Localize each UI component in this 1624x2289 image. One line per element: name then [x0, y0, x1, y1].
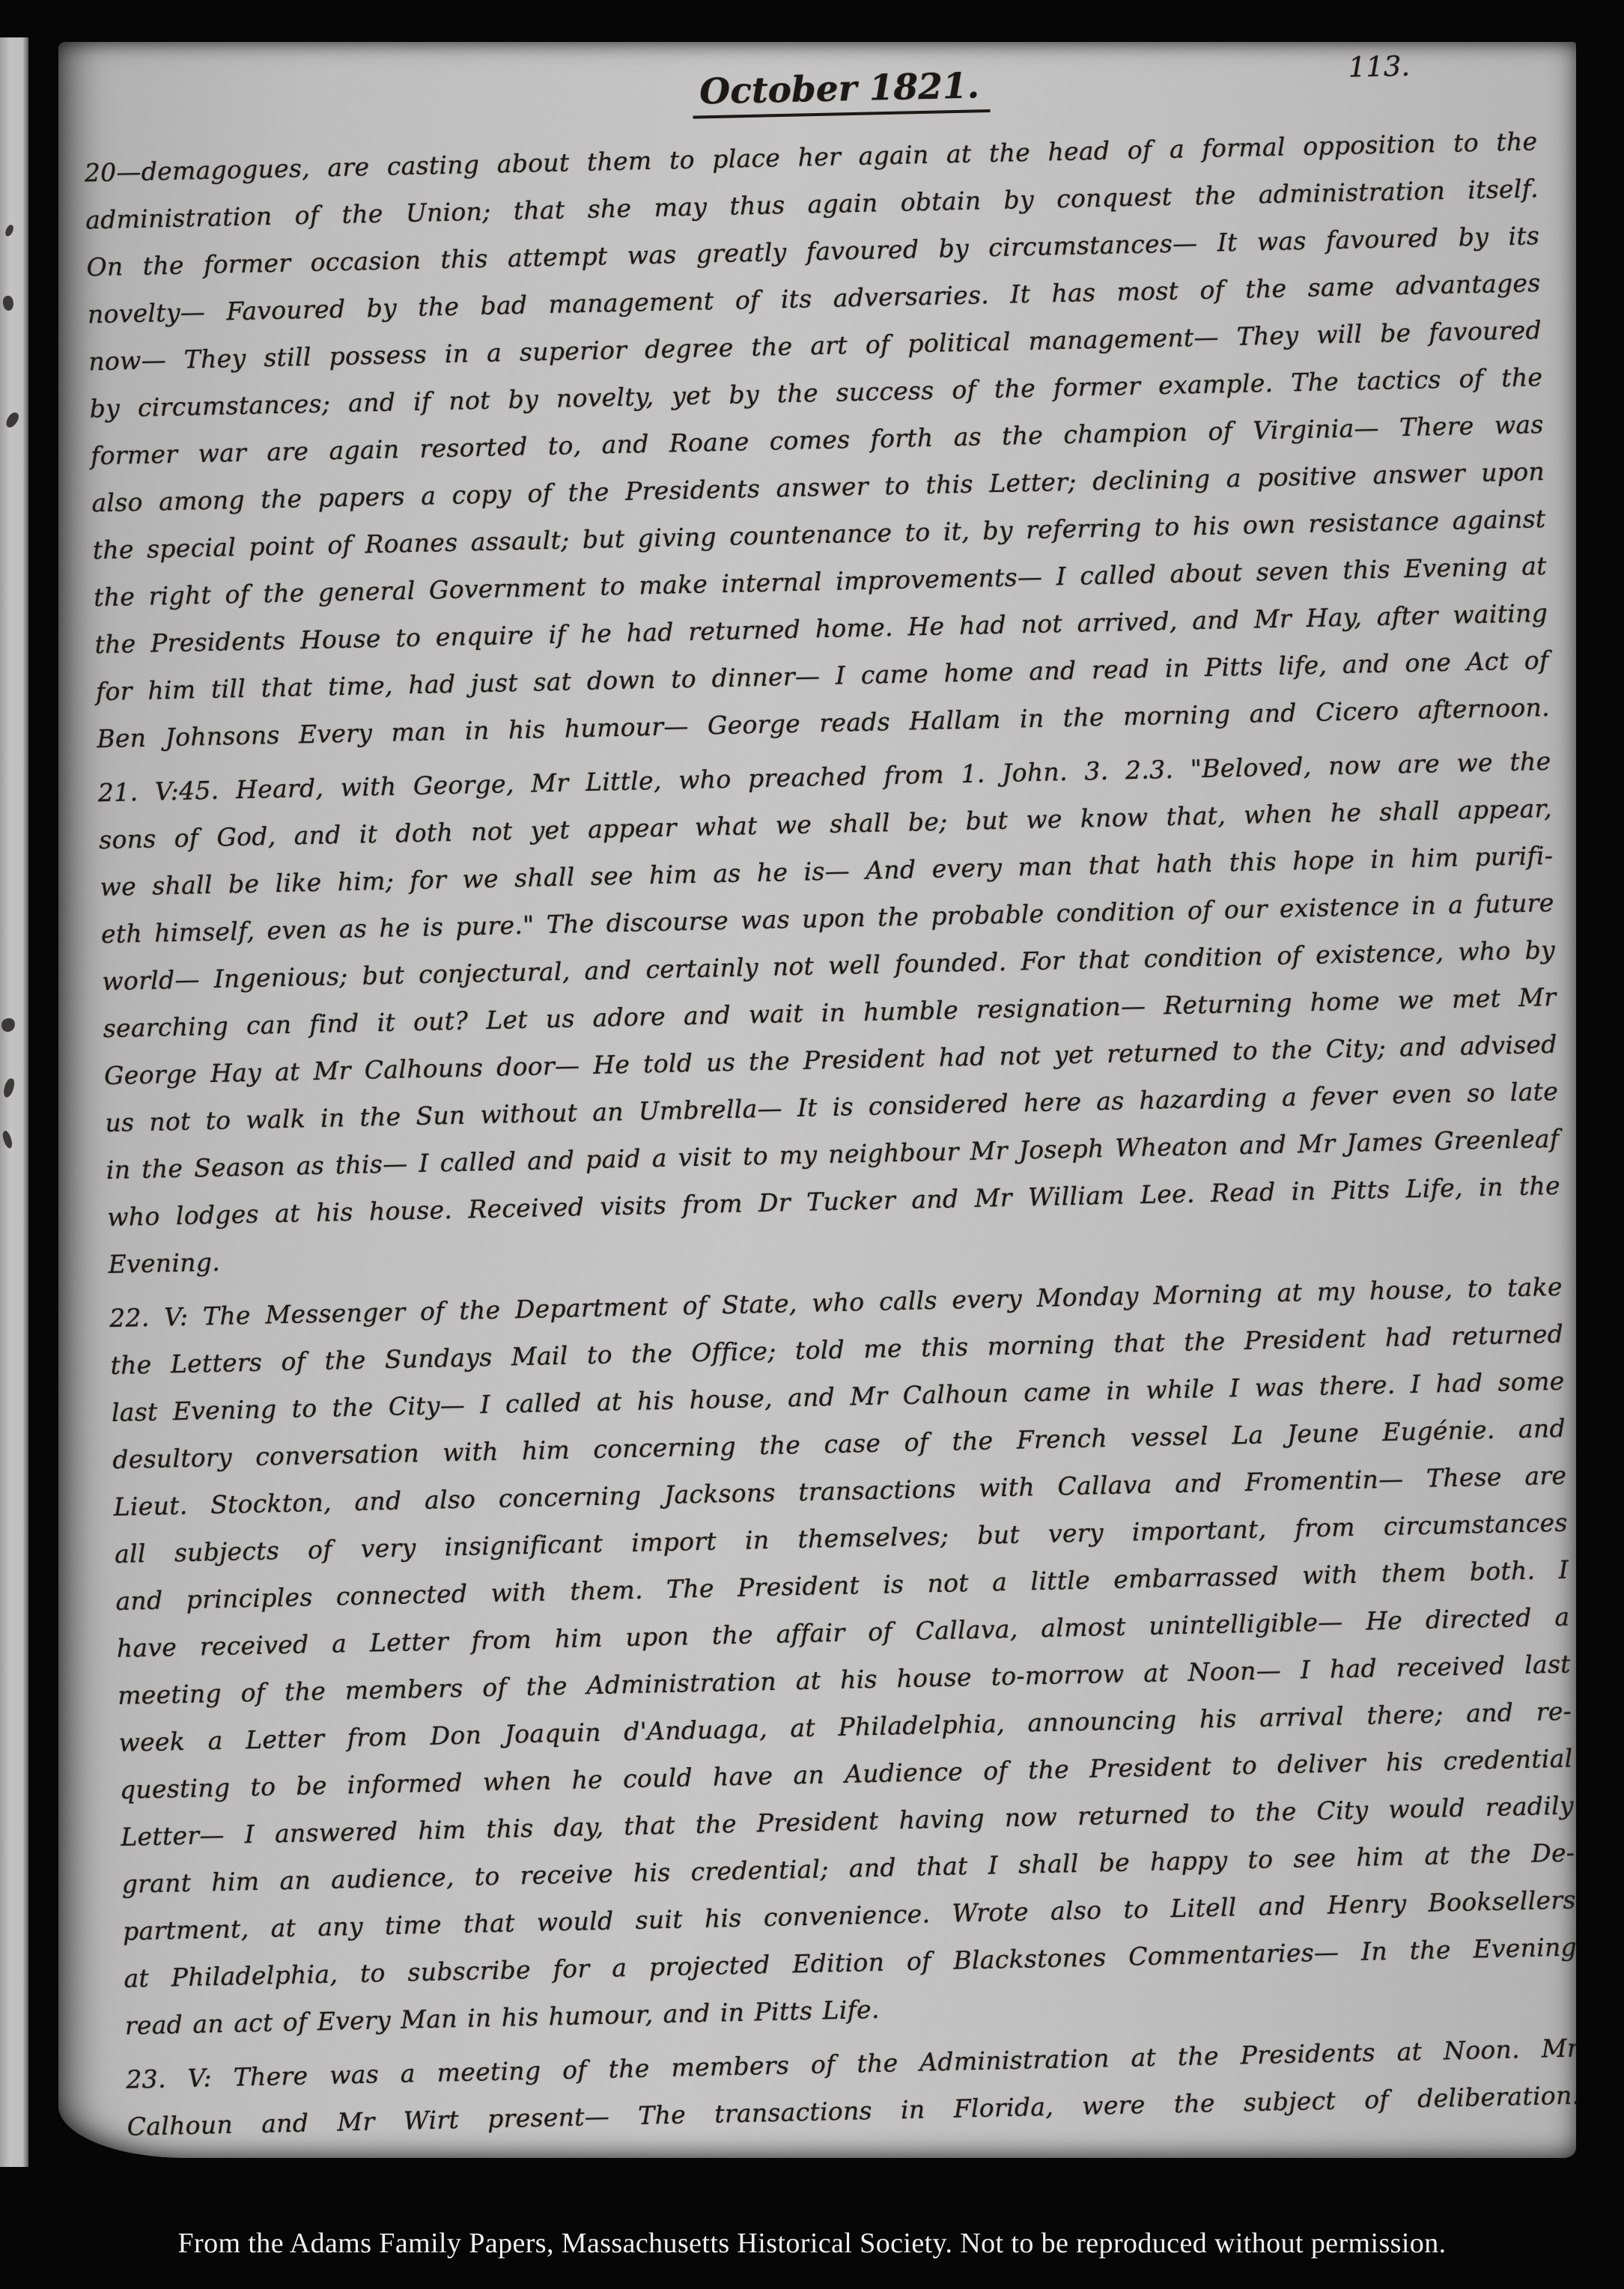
diary-entry-october-20: 20—demagogues, are casting about them to… — [84, 118, 1550, 762]
ink-fragment — [1, 1130, 14, 1149]
page-number: 113. — [1348, 50, 1410, 84]
manuscript-scan: October 1821. 113. 20—demagogues, are ca… — [0, 0, 1624, 2289]
ink-fragment — [4, 224, 15, 237]
ink-fragment — [1, 1018, 16, 1033]
diary-entry-october-22: 22. V: The Messenger of the Department o… — [109, 1263, 1576, 2049]
diary-entry-october-21: 21. V:45. Heard, with George, Mr Little,… — [97, 738, 1562, 1288]
manuscript-page: October 1821. 113. 20—demagogues, are ca… — [58, 42, 1576, 2158]
date-heading: October 1821. — [692, 65, 991, 119]
credit-caption: From the Adams Family Papers, Massachuse… — [0, 2227, 1624, 2260]
ink-fragment — [2, 1077, 16, 1098]
ink-fragment — [1, 295, 15, 311]
ink-fragment — [4, 410, 21, 430]
page-content: October 1821. 113. 20—demagogues, are ca… — [82, 47, 1576, 2150]
facing-page-edge — [0, 37, 28, 2167]
